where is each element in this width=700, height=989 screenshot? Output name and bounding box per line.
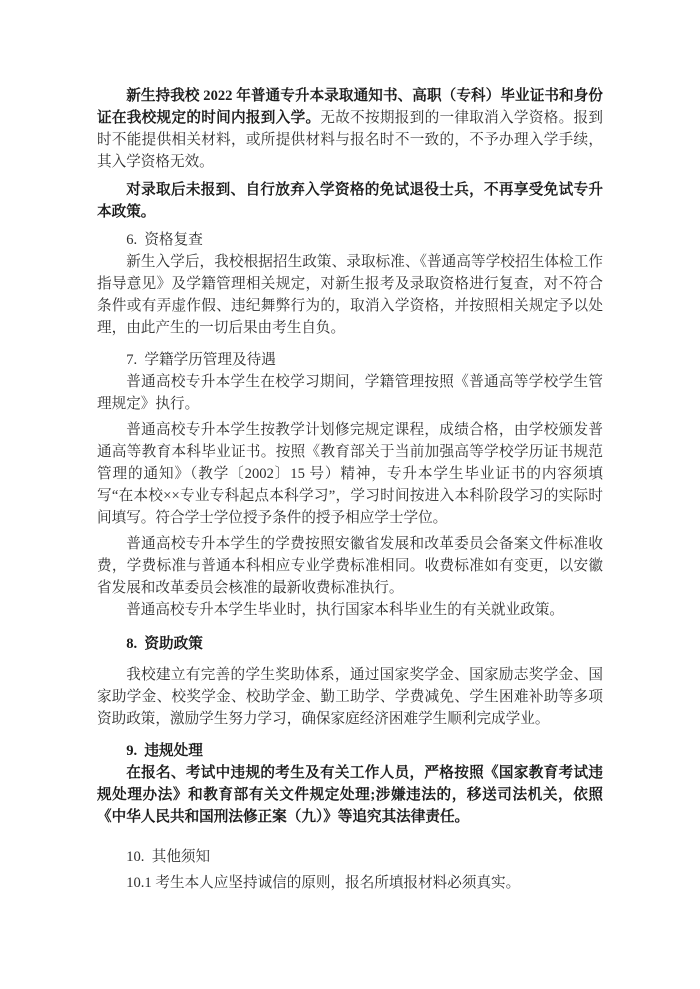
heading-8-financial-aid-policy: 8. 资助政策 <box>97 633 603 655</box>
paragraph-qualification-review-body: 新生入学后，我校根据招生政策、录取标准、《普通高等学校招生体检工作指导意见》及学… <box>97 251 603 339</box>
paragraph-enrollment-registration: 新生持我校 2022 年普通专升本录取通知书、高职（专科）毕业证书和身份证在我校… <box>97 85 603 173</box>
paragraph-veteran-exemption-policy: 对录取后未报到、自行放弃入学资格的免试退役士兵，不再享受免试专升本政策。 <box>97 179 603 223</box>
heading-10-other-notes: 10. 其他须知 <box>97 846 603 868</box>
paragraph-violation-handling-body: 在报名、考试中违规的考生及有关工作人员，严格按照《国家教育考试违规处理办法》和教… <box>97 762 603 828</box>
paragraph-10-1-integrity-principle: 10.1 考生本人应坚持诚信的原则，报名所填报材料必须真实。 <box>97 872 603 894</box>
paragraph-financial-aid-body: 我校建立有完善的学生奖助体系，通过国家奖学金、国家励志奖学金、国家助学金、校奖学… <box>97 664 603 730</box>
paragraph-employment-policy: 普通高校专升本学生毕业时，执行国家本科毕业生的有关就业政策。 <box>97 599 603 621</box>
paragraph-status-management: 普通高校专升本学生在校学习期间，学籍管理按照《普通高等学校学生管理规定》执行。 <box>97 371 603 415</box>
paragraph-diploma-degree: 普通高校专升本学生按教学计划修完规定课程，成绩合格，由学校颁发普通高等教育本科毕… <box>97 419 603 529</box>
paragraph-tuition-standard: 普通高校专升本学生的学费按照安徽省发展和改革委员会备案文件标准收费，学费标准与普… <box>97 533 603 599</box>
document-page: 新生持我校 2022 年普通专升本录取通知书、高职（专科）毕业证书和身份证在我校… <box>0 0 700 989</box>
heading-7-status-management-benefits: 7. 学籍学历管理及待遇 <box>97 349 603 371</box>
heading-6-qualification-review: 6. 资格复查 <box>97 229 603 251</box>
heading-9-violation-handling: 9. 违规处理 <box>97 740 603 762</box>
